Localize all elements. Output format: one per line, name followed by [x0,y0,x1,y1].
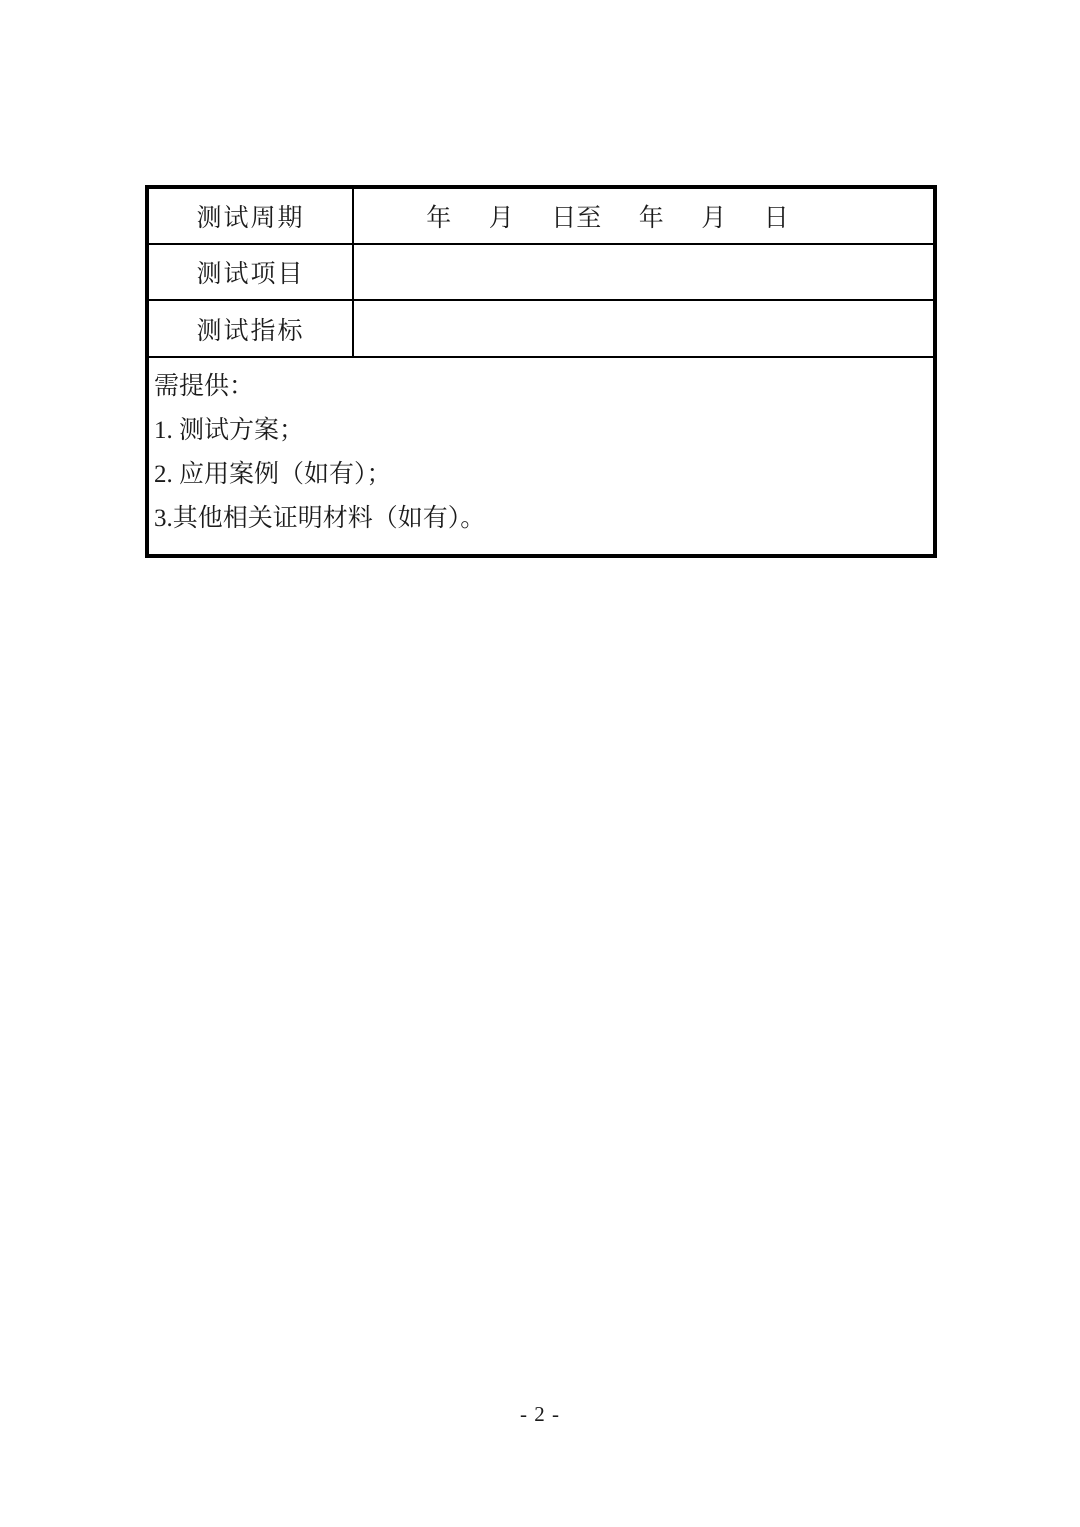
note-item-3: 3.其他相关证明材料（如有）。 [154,497,923,541]
test-indicators-value [354,301,933,356]
table-row-test-indicators: 测试指标 [149,301,933,358]
note-heading: 需提供： [154,365,923,409]
note-item-2: 2. 应用案例（如有）； [154,453,923,497]
page-number: - 2 - [0,1402,1080,1427]
table-row-test-period: 测试周期 年 月 日至 年 月 日 [149,189,933,245]
document-page: 测试周期 年 月 日至 年 月 日 测试项目 测试指标 需提供： 1. 测试方案… [0,0,1080,1527]
test-items-value [354,245,933,299]
required-materials-note: 需提供： 1. 测试方案； 2. 应用案例（如有）； 3.其他相关证明材料（如有… [149,358,933,554]
table-row-test-items: 测试项目 [149,245,933,301]
row-label-test-items: 测试项目 [149,245,354,299]
row-label-test-indicators: 测试指标 [149,301,354,356]
test-info-table: 测试周期 年 月 日至 年 月 日 测试项目 测试指标 需提供： 1. 测试方案… [145,185,937,558]
row-label-test-period: 测试周期 [149,189,354,243]
test-period-value: 年 月 日至 年 月 日 [354,189,933,243]
note-item-1: 1. 测试方案； [154,409,923,453]
